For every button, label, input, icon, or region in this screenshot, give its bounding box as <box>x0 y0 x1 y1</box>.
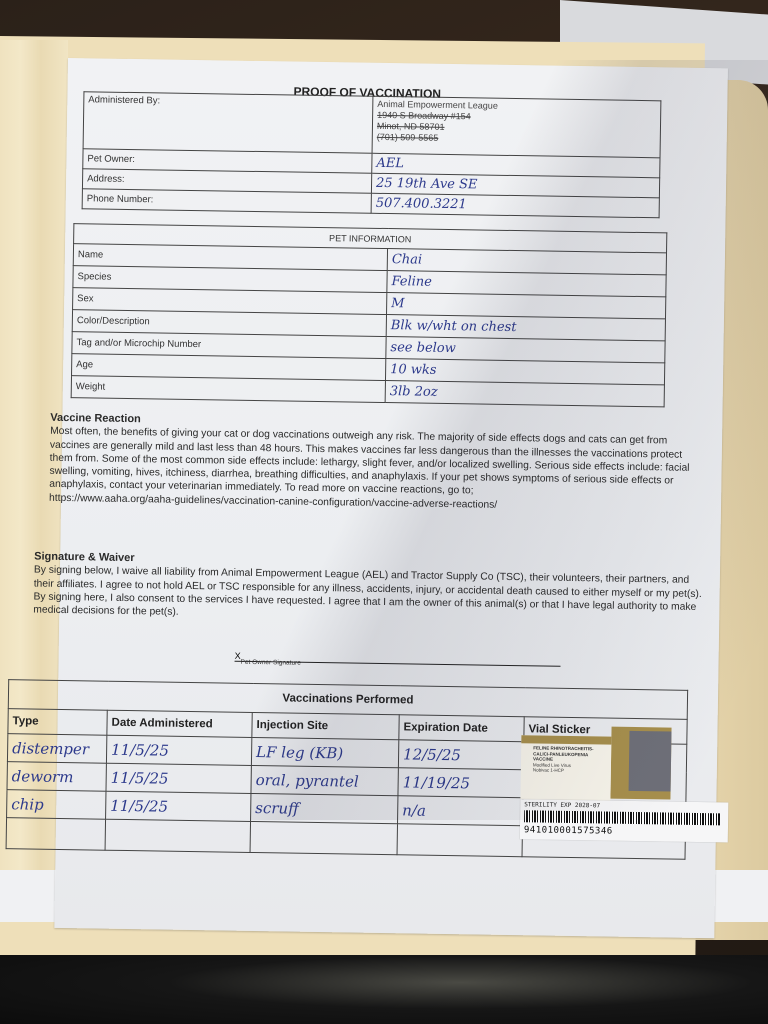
vax-type: chip <box>7 790 106 820</box>
sticker-lot-panel <box>629 731 672 792</box>
sticker-description: FELINE RHINOTRACHEITIS-CALICI-PANLEUKOPE… <box>533 745 609 763</box>
vax-site: oral, pyrantel <box>251 765 398 795</box>
vax-site <box>250 821 397 854</box>
vax-type: distemper <box>7 734 106 764</box>
vax-date: 11/5/25 <box>106 735 251 765</box>
signature-caption: Pet Owner Signature <box>240 659 300 667</box>
vaccine-reaction-section: Vaccine Reaction Most often, the benefit… <box>49 412 698 515</box>
col-injection-site: Injection Site <box>252 712 399 739</box>
pet-label: Weight <box>71 376 385 403</box>
sticker-product: Nobivac 1-HCP <box>533 767 609 774</box>
sticker-main-label: FELINE RHINOTRACHEITIS-CALICI-PANLEUKOPE… <box>520 735 611 800</box>
sterility-exp: STERILITY EXP 2028-07 <box>524 801 600 809</box>
vax-expiration <box>397 824 522 857</box>
vaccination-form: PROOF OF VACCINATION Administered By: An… <box>54 58 728 938</box>
col-date: Date Administered <box>107 710 252 737</box>
administered-by-row: Administered By: Animal Empowerment Leag… <box>83 92 661 158</box>
vax-date <box>105 819 250 852</box>
vax-type: deworm <box>7 762 106 792</box>
vax-site: LF leg (KB) <box>251 737 398 767</box>
vax-site: scruff <box>251 793 398 823</box>
phone-value: 507.400.3221 <box>371 193 659 218</box>
administered-by-label: Administered By: <box>83 92 373 154</box>
pet-info-table: PET INFORMATION NameChai SpeciesFeline S… <box>71 223 668 407</box>
microchip-barcode-label: STERILITY EXP 2028-07 941010001575346 <box>520 799 729 842</box>
signature-waiver-section: Signature & Waiver By signing below, I w… <box>33 551 710 628</box>
waiver-body: By signing below, I waive all liability … <box>33 564 710 628</box>
phone-label: Phone Number: <box>82 189 371 214</box>
vax-expiration: n/a <box>398 796 523 826</box>
vax-date: 11/5/25 <box>106 763 251 793</box>
vax-expiration: 11/19/25 <box>398 768 523 798</box>
vax-expiration: 12/5/25 <box>398 740 523 770</box>
vax-type <box>6 818 105 851</box>
col-type: Type <box>8 709 107 736</box>
col-expiration: Expiration Date <box>399 715 524 742</box>
vax-date: 11/5/25 <box>106 791 251 821</box>
fabric-background <box>0 955 768 1024</box>
vaccine-reaction-body: Most often, the benefits of giving your … <box>49 425 698 502</box>
microchip-number: 941010001575346 <box>524 825 613 836</box>
administered-by-value: Animal Empowerment League 1940 S Broadwa… <box>372 96 661 158</box>
owner-info-table: Administered By: Animal Empowerment Leag… <box>82 91 662 218</box>
pet-value: 3lb 2oz <box>385 381 664 407</box>
vial-sticker: FELINE RHINOTRACHEITIS-CALICI-PANLEUKOPE… <box>520 721 730 844</box>
barcode-icon <box>524 810 720 825</box>
